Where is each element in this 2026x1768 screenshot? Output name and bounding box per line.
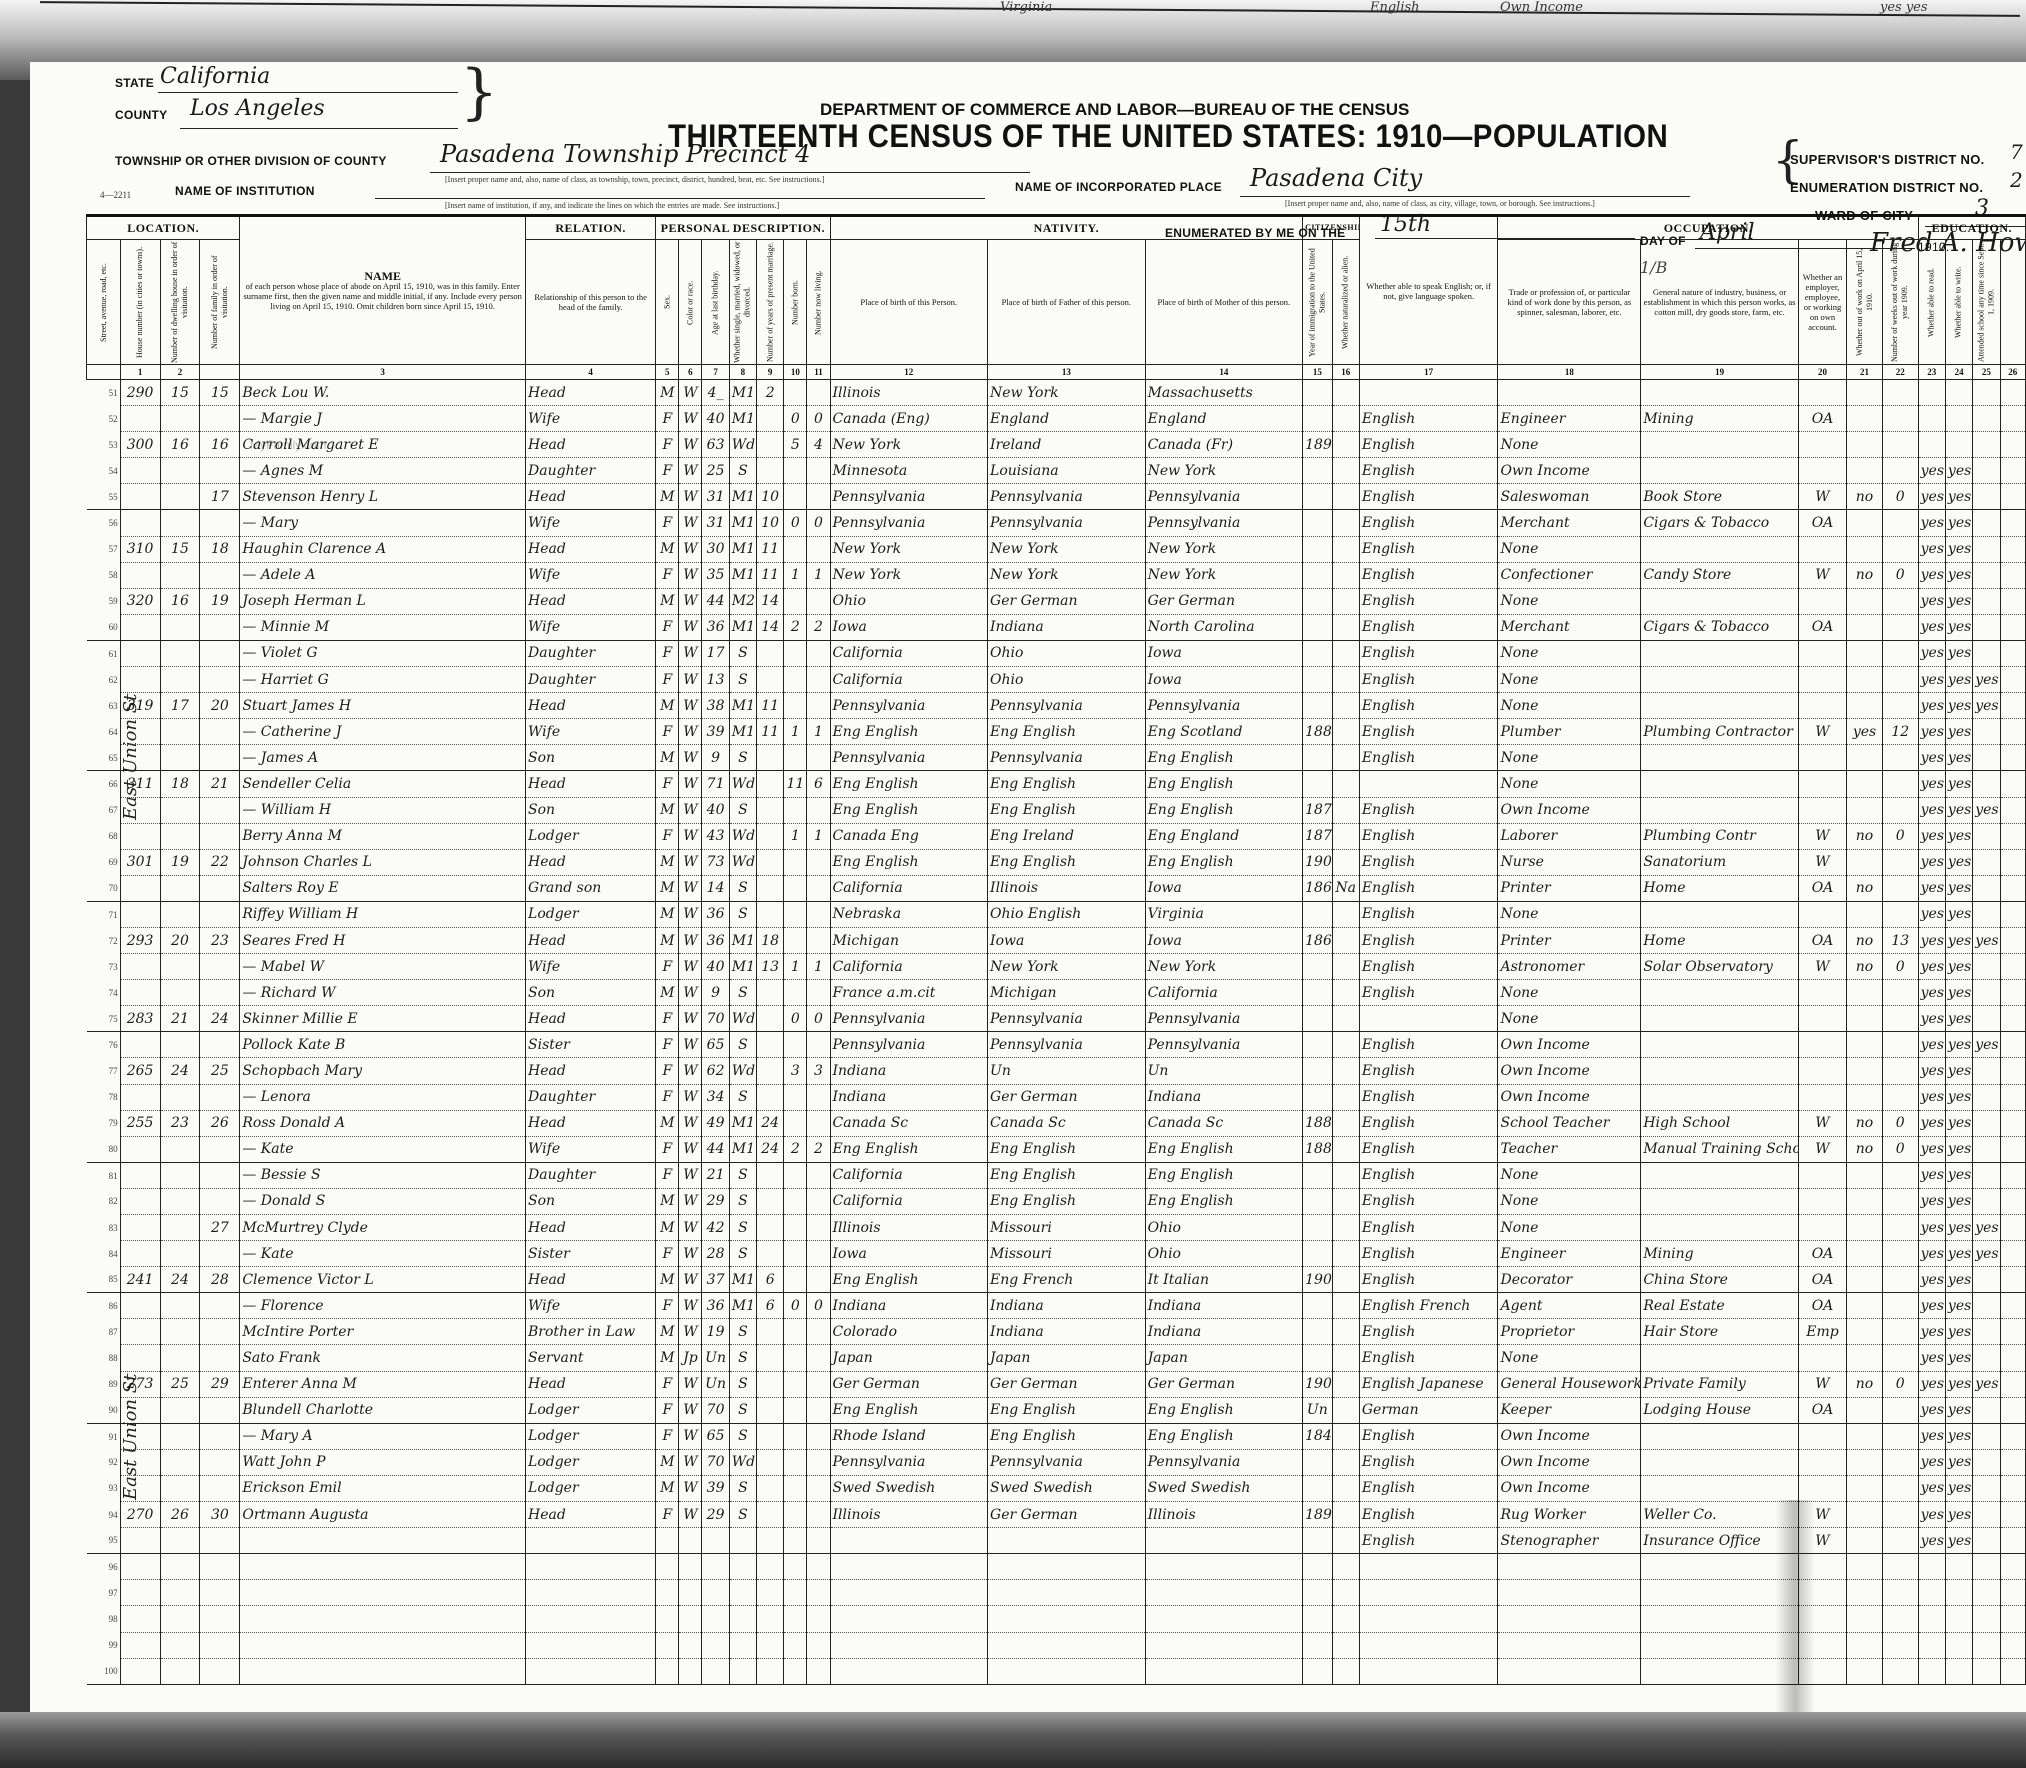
cell-extra (2000, 1006, 2025, 1032)
cell-emp (1798, 1162, 1846, 1188)
cell-industry: Real Estate (1641, 1293, 1799, 1319)
cell-yrs-married: 14 (757, 614, 784, 640)
cell-write: yes (1945, 901, 1972, 927)
cell-write (1945, 1580, 1972, 1606)
cell-imm (1303, 1345, 1332, 1371)
cell-yrs-married (757, 1188, 784, 1214)
cell-name: Skinner Millie E (240, 1006, 526, 1032)
cell-name: Johnson Charles L (240, 849, 526, 875)
cell-sex: F (656, 510, 679, 536)
cell-name: — Donald S (240, 1188, 526, 1214)
cell-sex: F (656, 1371, 679, 1397)
cell-extra (2000, 640, 2025, 666)
cell-imm (1303, 1032, 1332, 1058)
cell-living (807, 458, 830, 484)
cell-birth: Pennsylvania (830, 484, 988, 510)
census-row: 892732529Enterer Anna MHeadFWUnSGer Germ… (87, 1371, 2026, 1397)
cell-emp (1798, 1475, 1846, 1501)
cell-nat (1332, 927, 1359, 953)
cell-emp (1798, 380, 1846, 406)
cell-lang: English (1359, 980, 1498, 1006)
column-number: 7 (702, 365, 729, 380)
cell-relation: Lodger (526, 901, 656, 927)
cell-birth (830, 1658, 988, 1684)
cell-age: 40 (702, 954, 729, 980)
cell-nat (1332, 432, 1359, 458)
cell-trade: Own Income (1498, 1058, 1641, 1084)
cell-dwelling: 19 (160, 849, 200, 875)
cell-living (807, 1423, 830, 1449)
cell-family (200, 1319, 240, 1345)
line-number: 89 (87, 1371, 121, 1397)
cell-extra (2000, 1475, 2025, 1501)
cell-relation: Sister (526, 1241, 656, 1267)
cell-extra (2000, 1032, 2025, 1058)
cell-dwelling (160, 745, 200, 771)
cell-born: 0 (784, 1293, 807, 1319)
cell-school (1973, 536, 2000, 562)
cell-born: 5 (784, 432, 807, 458)
cell-birth: Swed Swedish (830, 1475, 988, 1501)
cell-read: yes (1918, 1241, 1945, 1267)
cell-read: yes (1918, 1267, 1945, 1293)
column-number: 14 (1145, 365, 1303, 380)
cell-living: 0 (807, 1006, 830, 1032)
cell-imm: 1903 (1303, 849, 1332, 875)
cell-write: yes (1945, 745, 1972, 771)
cell-trade: Proprietor (1498, 1319, 1641, 1345)
cell-sex: M (656, 1449, 679, 1475)
cell-lang: English (1359, 1475, 1498, 1501)
column-number: 18 (1498, 365, 1641, 380)
cell-write: yes (1945, 667, 1972, 693)
cell-industry: Book Store (1641, 484, 1799, 510)
cell-birth: Ohio (830, 588, 988, 614)
cell-birth: California (830, 1188, 988, 1214)
cell-lang: English (1359, 1058, 1498, 1084)
cell-family (200, 1084, 240, 1110)
cell-father: England (988, 406, 1146, 432)
cell-school (1973, 1554, 2000, 1580)
cell-living (807, 536, 830, 562)
cell-dwelling (160, 1241, 200, 1267)
cell-house (120, 1032, 160, 1058)
cell-relation: Lodger (526, 1397, 656, 1423)
cell-mother (1145, 1580, 1303, 1606)
cell-relation: Head (526, 1215, 656, 1241)
cell-name: — Mabel W (240, 954, 526, 980)
cell-yrs-married (757, 823, 784, 849)
cell-dwelling (160, 1658, 200, 1684)
cell-marital: S (729, 1423, 756, 1449)
line-number: 77 (87, 1058, 121, 1084)
cell-born (784, 1110, 807, 1136)
cell-yrs-married: 6 (757, 1293, 784, 1319)
cell-imm: Un (1303, 1397, 1332, 1423)
cell-family: 25 (200, 1058, 240, 1084)
cell-lang: English (1359, 954, 1498, 980)
cell-dwelling: 18 (160, 771, 200, 797)
cell-father: Pennsylvania (988, 745, 1146, 771)
cell-marital: S (729, 1032, 756, 1058)
cell-read (1918, 1658, 1945, 1684)
cell-sex: F (656, 1162, 679, 1188)
cell-sex: F (656, 458, 679, 484)
cell-age: 70 (702, 1006, 729, 1032)
cell-write: yes (1945, 1110, 1972, 1136)
cell-living (807, 1241, 830, 1267)
cell-imm (1303, 667, 1332, 693)
cell-nat (1332, 562, 1359, 588)
cell-school (1973, 640, 2000, 666)
cell-out: no (1847, 954, 1883, 980)
cell-birth (830, 1632, 988, 1658)
cell-nat (1332, 1554, 1359, 1580)
cell-emp (1798, 1188, 1846, 1214)
cell-birth: California (830, 640, 988, 666)
cell-emp: OA (1798, 406, 1846, 432)
cell-dwelling: 24 (160, 1267, 200, 1293)
cell-out: no (1847, 484, 1883, 510)
cell-emp: Emp (1798, 1319, 1846, 1345)
cell-trade (1498, 1658, 1641, 1684)
cell-relation: Lodger (526, 1449, 656, 1475)
cell-born: 2 (784, 1136, 807, 1162)
cell-yrs-married (757, 458, 784, 484)
cell-family: 21 (200, 771, 240, 797)
cell-nat (1332, 1267, 1359, 1293)
county-underline (180, 128, 458, 129)
census-row: 81— Bessie SDaughterFW21SCaliforniaEng E… (87, 1162, 2026, 1188)
cell-age: 36 (702, 1293, 729, 1319)
cell-mother: Pennsylvania (1145, 693, 1303, 719)
cell-relation: Wife (526, 510, 656, 536)
cell-weeks: 0 (1882, 562, 1918, 588)
cell-dwelling (160, 1449, 200, 1475)
cell-lang (1359, 1006, 1498, 1032)
cell-school (1973, 1345, 2000, 1371)
cell-school (1973, 1397, 2000, 1423)
cell-extra (2000, 771, 2025, 797)
cell-yrs-married: 11 (757, 536, 784, 562)
cell-marital (729, 1632, 756, 1658)
cell-industry (1641, 1188, 1799, 1214)
cell-relation: Head (526, 1006, 656, 1032)
cell-age: 19 (702, 1319, 729, 1345)
cell-name: Ross Donald A (240, 1110, 526, 1136)
cell-out (1847, 1502, 1883, 1528)
cell-sex: F (656, 1058, 679, 1084)
cell-mother: Virginia (1145, 901, 1303, 927)
cell-birth: Ger German (830, 1371, 988, 1397)
naturalized-column-header: Whether naturalized or alien. (1332, 240, 1359, 365)
cell-sex: M (656, 536, 679, 562)
cell-read: yes (1918, 1423, 1945, 1449)
cell-name: — Violet G (240, 640, 526, 666)
cell-family (200, 1136, 240, 1162)
cell-yrs-married: 11 (757, 693, 784, 719)
cell-yrs-married: 6 (757, 1267, 784, 1293)
cell-name (240, 1606, 526, 1632)
cell-trade (1498, 1606, 1641, 1632)
cell-out: no (1847, 1136, 1883, 1162)
cell-weeks: 0 (1882, 954, 1918, 980)
cell-birth: California (830, 667, 988, 693)
cell-age (702, 1658, 729, 1684)
township-label: TOWNSHIP OR OTHER DIVISION OF COUNTY (115, 154, 387, 168)
cell-school (1973, 1502, 2000, 1528)
cell-father: Indiana (988, 1319, 1146, 1345)
cell-race (679, 1580, 702, 1606)
cell-yrs-married (757, 1319, 784, 1345)
cell-out (1847, 1658, 1883, 1684)
cell-extra (2000, 1397, 2025, 1423)
cell-race: W (679, 927, 702, 953)
census-row: 792552326Ross Donald AHeadMW49M124Canada… (87, 1110, 2026, 1136)
column-number: 8 (729, 365, 756, 380)
cell-family (200, 797, 240, 823)
cell-marital: S (729, 1084, 756, 1110)
line-number: 53 (87, 432, 121, 458)
cell-industry (1641, 1345, 1799, 1371)
cell-extra (2000, 432, 2025, 458)
cell-born (784, 1241, 807, 1267)
cell-living: 6 (807, 771, 830, 797)
cell-age (702, 1580, 729, 1606)
cell-extra (2000, 797, 2025, 823)
cell-age (702, 1528, 729, 1554)
cell-living (807, 849, 830, 875)
cell-race (679, 1606, 702, 1632)
cell-dwelling (160, 875, 200, 901)
cell-family: 29 (200, 1371, 240, 1397)
cell-living (807, 980, 830, 1006)
cell-mother: Pennsylvania (1145, 1032, 1303, 1058)
cell-relation: Head (526, 1371, 656, 1397)
enumeration-district-label: ENUMERATION DISTRICT NO. (1790, 180, 1983, 195)
cell-age: 29 (702, 1188, 729, 1214)
cell-sex: F (656, 823, 679, 849)
cell-imm (1303, 745, 1332, 771)
cell-family (200, 901, 240, 927)
cell-born (784, 458, 807, 484)
cell-sex (656, 1580, 679, 1606)
cell-marital: Wd (729, 1006, 756, 1032)
cell-yrs-married (757, 1449, 784, 1475)
cell-house (120, 1293, 160, 1319)
cell-house (120, 1606, 160, 1632)
cell-lang: English (1359, 849, 1498, 875)
cell-yrs-married (757, 980, 784, 1006)
cell-yrs-married (757, 1554, 784, 1580)
cell-age: 73 (702, 849, 729, 875)
cell-name: — Florence (240, 1293, 526, 1319)
cell-weeks (1882, 875, 1918, 901)
name-column-header: NAME of each person whose place of abode… (240, 216, 526, 365)
column-number: 17 (1359, 365, 1498, 380)
cell-emp (1798, 1006, 1846, 1032)
cell-house (120, 980, 160, 1006)
cell-emp (1798, 797, 1846, 823)
cell-imm (1303, 562, 1332, 588)
cell-family (200, 1580, 240, 1606)
cell-write: yes (1945, 1293, 1972, 1319)
cell-emp: W (1798, 484, 1846, 510)
cell-race: W (679, 1397, 702, 1423)
scan-bottom-edge (0, 1712, 2026, 1768)
cell-marital: Wd (729, 1449, 756, 1475)
cell-relation: Daughter (526, 667, 656, 693)
census-row: 100 (87, 1658, 2026, 1684)
cell-race: W (679, 406, 702, 432)
cell-nat (1332, 1293, 1359, 1319)
census-row: 71Riffey William HLodgerMW36SNebraskaOhi… (87, 901, 2026, 927)
cell-relation: Sister (526, 1032, 656, 1058)
cell-marital (729, 1580, 756, 1606)
cell-race: W (679, 1136, 702, 1162)
cell-living (807, 1032, 830, 1058)
cell-school (1973, 588, 2000, 614)
census-row: 64— Catherine JWifeFW39M11111Eng English… (87, 719, 2026, 745)
cell-birth: France a.m.cit (830, 980, 988, 1006)
cell-race: W (679, 693, 702, 719)
column-number: 15 (1303, 365, 1332, 380)
cell-mother: New York (1145, 536, 1303, 562)
cell-marital: S (729, 1188, 756, 1214)
cell-sex: F (656, 640, 679, 666)
cell-imm (1303, 1632, 1332, 1658)
cell-school (1973, 1319, 2000, 1345)
cell-read (1918, 380, 1945, 406)
cell-nat (1332, 1006, 1359, 1032)
cell-name: McMurtrey Clyde (240, 1215, 526, 1241)
cell-imm (1303, 1319, 1332, 1345)
cell-industry (1641, 380, 1799, 406)
cell-marital: Wd (729, 1058, 756, 1084)
cell-father: Pennsylvania (988, 510, 1146, 536)
cell-name: Salters Roy E (240, 875, 526, 901)
location-group-header: LOCATION. (87, 216, 240, 240)
cell-house: 283 (120, 1006, 160, 1032)
cell-dwelling (160, 640, 200, 666)
cell-marital: S (729, 1215, 756, 1241)
cell-lang: English (1359, 1188, 1498, 1214)
cell-age: 44 (702, 588, 729, 614)
cell-marital: M1 (729, 1110, 756, 1136)
cell-relation (526, 1658, 656, 1684)
cell-nat (1332, 980, 1359, 1006)
cell-living: 3 (807, 1058, 830, 1084)
cell-mother: North Carolina (1145, 614, 1303, 640)
column-number-row: 1234567891011121314151617181920212223242… (87, 365, 2026, 380)
cell-trade: None (1498, 1162, 1641, 1188)
line-number: 99 (87, 1632, 121, 1658)
cell-name: — Mary A (240, 1423, 526, 1449)
cell-yrs-married (757, 1423, 784, 1449)
cell-sex (656, 1658, 679, 1684)
cell-relation: Head (526, 771, 656, 797)
line-number: 57 (87, 536, 121, 562)
cell-read: yes (1918, 1449, 1945, 1475)
cell-house (120, 797, 160, 823)
cell-family (200, 745, 240, 771)
cell-marital: Wd (729, 432, 756, 458)
cell-weeks (1882, 1502, 1918, 1528)
line-number: 67 (87, 797, 121, 823)
cell-weeks (1882, 458, 1918, 484)
column-number: 16 (1332, 365, 1359, 380)
cell-lang: English (1359, 1215, 1498, 1241)
cell-read: yes (1918, 536, 1945, 562)
cell-lang: English (1359, 432, 1498, 458)
cell-emp (1798, 1423, 1846, 1449)
cell-school (1973, 849, 2000, 875)
cell-yrs-married (757, 1084, 784, 1110)
cell-emp (1798, 693, 1846, 719)
cell-industry: Hair Store (1641, 1319, 1799, 1345)
cell-extra (2000, 458, 2025, 484)
cell-father: New York (988, 380, 1146, 406)
institution-note: [Insert name of institution, if any, and… (445, 201, 779, 210)
cell-imm (1303, 1241, 1332, 1267)
cell-weeks (1882, 1554, 1918, 1580)
weeks-out-column-header: Number of weeks out of work during year … (1882, 240, 1918, 365)
cell-emp: OA (1798, 1397, 1846, 1423)
cell-industry: Solar Observatory (1641, 954, 1799, 980)
birth-person-column-header: Place of birth of this Person. (830, 240, 988, 365)
cell-nat (1332, 458, 1359, 484)
cell-house (120, 1397, 160, 1423)
cell-nat (1332, 1580, 1359, 1606)
incorporated-place-label: NAME OF INCORPORATED PLACE (1015, 180, 1222, 194)
cell-trade: Rug Worker (1498, 1502, 1641, 1528)
cell-out (1847, 1162, 1883, 1188)
cell-relation: Grand son (526, 875, 656, 901)
cell-trade: None (1498, 1345, 1641, 1371)
cell-trade: Plumber (1498, 719, 1641, 745)
cell-living: 2 (807, 1136, 830, 1162)
cell-lang: English (1359, 406, 1498, 432)
cell-marital: M1 (729, 380, 756, 406)
cell-dwelling: 17 (160, 693, 200, 719)
cell-mother: Japan (1145, 1345, 1303, 1371)
cell-birth: Pennsylvania (830, 1449, 988, 1475)
cell-sex: M (656, 1215, 679, 1241)
cell-extra (2000, 927, 2025, 953)
cell-nat (1332, 614, 1359, 640)
cell-out (1847, 640, 1883, 666)
cell-family (200, 458, 240, 484)
column-number: 9 (757, 365, 784, 380)
cell-imm (1303, 771, 1332, 797)
line-number: 52 (87, 406, 121, 432)
cell-imm (1303, 640, 1332, 666)
cell-lang: English (1359, 1241, 1498, 1267)
cell-industry (1641, 1423, 1799, 1449)
cell-age: Un (702, 1345, 729, 1371)
cell-weeks (1882, 1241, 1918, 1267)
cell-industry (1641, 667, 1799, 693)
cell-industry: Cigars & Tobacco (1641, 614, 1799, 640)
cell-relation: Head (526, 380, 656, 406)
cell-dwelling (160, 1397, 200, 1423)
cell-name: — Kate (240, 1241, 526, 1267)
cell-relation (526, 1606, 656, 1632)
cell-yrs-married: 10 (757, 484, 784, 510)
cell-out (1847, 1397, 1883, 1423)
cell-out (1847, 667, 1883, 693)
cell-marital: S (729, 1371, 756, 1397)
